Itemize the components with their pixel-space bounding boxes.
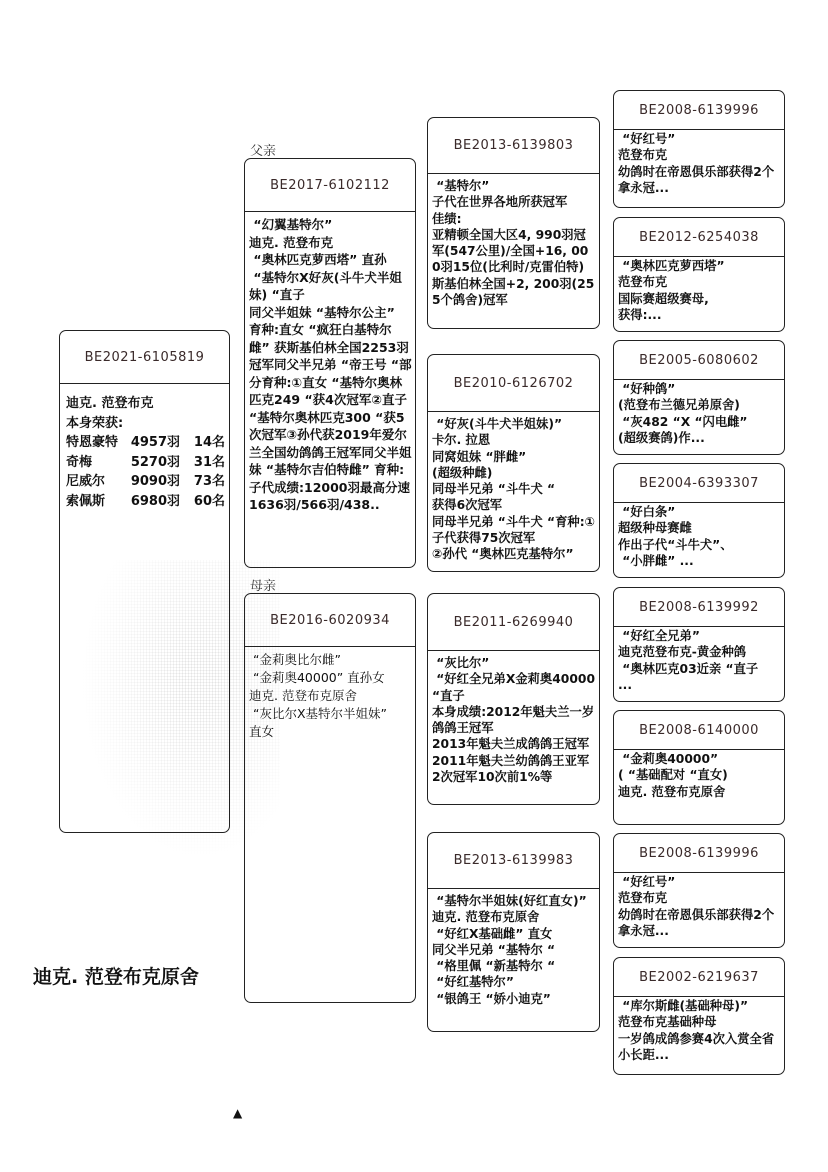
honor-race: 索佩斯 xyxy=(66,492,128,512)
great-grandparent-ring-number: BE2012-6254038 xyxy=(614,218,784,257)
grandparent-ring-number: BE2013-6139803 xyxy=(428,118,599,174)
father-label: 父亲 xyxy=(250,140,276,159)
great-grandparent-description: “奥林匹克萝西塔” 范登布克 国际赛超级赛母, 获得:... xyxy=(614,257,784,325)
great-grandparent-description: “好红全兄弟” 迪克范登布克-黄金种鸽 “奥林匹克03近亲 “直子 ... xyxy=(614,627,784,695)
grandparent-ring-number: BE2011-6269940 xyxy=(428,594,599,651)
great-grandparent-description: “金莉奥40000” ( “基础配对 “直女) 迪克. 范登布克原舍 xyxy=(614,750,784,802)
great-grandparent-ring-number: BE2002-6219637 xyxy=(614,958,784,997)
grandparent-description: “基特尔半姐妹(好红直女)” 迪克. 范登布克原舍 “好红X基础雌” 直女 同父… xyxy=(428,889,599,1009)
honor-row: 奇梅 5270羽 31名 xyxy=(66,453,225,473)
grandparent-card: BE2013-6139983 “基特尔半姐妹(好红直女)” 迪克. 范登布克原舍… xyxy=(427,832,600,1032)
mother-ring-number: BE2016-6020934 xyxy=(245,594,415,647)
great-grandparent-card: BE2008-6139992 “好红全兄弟” 迪克范登布克-黄金种鸽 “奥林匹克… xyxy=(613,587,785,702)
honor-row: 特恩豪特 4957羽 14名 xyxy=(66,433,225,453)
grandparent-description: “好灰(斗牛犬半姐妹)” 卡尔. 拉恩 同窝姐妹 “胖雌” (超级种雌) 同母半… xyxy=(428,412,599,565)
grandparent-card: BE2011-6269940 “灰比尔” “好红全兄弟X金莉奥40000 “直子… xyxy=(427,593,600,805)
father-card: BE2017-6102112 “幻翼基特尔” 迪克. 范登布克 “奥林匹克萝西塔… xyxy=(244,158,416,568)
honors-title: 本身荣获: xyxy=(66,414,225,434)
great-grandparent-description: “好种鸽” (范登布兰德兄弟原舍) “灰482 “X “闪电雌” (超级赛鸽)作… xyxy=(614,380,784,448)
great-grandparent-card: BE2008-6139996 “好红号” 范登布克 幼鸽时在帝恩俱乐部获得2个拿… xyxy=(613,833,785,948)
mother-description: “金莉奥比尔雌” “金莉奥40000” 直孙女 迪克. 范登布克原舍 “灰比尔X… xyxy=(245,647,415,743)
great-grandparent-card: BE2004-6393307 “好白条” 超级种母赛雌 作出子代“斗牛犬”、 “… xyxy=(613,463,785,578)
loft-name: 迪克. 范登布克原舍 xyxy=(33,962,199,989)
honor-distance: 6980羽 xyxy=(128,492,181,512)
great-grandparent-ring-number: BE2005-6080602 xyxy=(614,341,784,380)
honor-place: 31名 xyxy=(180,453,225,473)
subject-ring-number: BE2021-6105819 xyxy=(60,331,229,384)
great-grandparent-card: BE2002-6219637 “库尔斯雌(基础种母)” 范登布克基础种母 一岁鸽… xyxy=(613,957,785,1075)
grandparent-description: “基特尔” 子代在世界各地所获冠军 佳绩: 亚精顿全国大区4, 990羽冠军(5… xyxy=(428,174,599,310)
grandparent-card: BE2010-6126702 “好灰(斗牛犬半姐妹)” 卡尔. 拉恩 同窝姐妹 … xyxy=(427,354,600,572)
honor-distance: 9090羽 xyxy=(128,472,181,492)
great-grandparent-ring-number: BE2008-6139996 xyxy=(614,91,784,130)
great-grandparent-card: BE2012-6254038 “奥林匹克萝西塔” 范登布克 国际赛超级赛母, 获… xyxy=(613,217,785,332)
grandparent-ring-number: BE2013-6139983 xyxy=(428,833,599,889)
father-ring-number: BE2017-6102112 xyxy=(245,159,415,212)
honor-place: 60名 xyxy=(180,492,225,512)
honor-race: 奇梅 xyxy=(66,453,128,473)
great-grandparent-description: “库尔斯雌(基础种母)” 范登布克基础种母 一岁鸽成鸽参赛4次入赏全省小长距..… xyxy=(614,997,784,1065)
honor-race: 尼威尔 xyxy=(66,472,128,492)
honor-distance: 5270羽 xyxy=(128,453,181,473)
honor-distance: 4957羽 xyxy=(128,433,181,453)
triangle-mark-icon: ▲ xyxy=(233,1106,242,1120)
honor-row: 尼威尔 9090羽 73名 xyxy=(66,472,225,492)
great-grandparent-ring-number: BE2008-6139992 xyxy=(614,588,784,627)
grandparent-ring-number: BE2010-6126702 xyxy=(428,355,599,412)
subject-body: 迪克. 范登布克 本身荣获: 特恩豪特 4957羽 14名 奇梅 5270羽 3… xyxy=(60,384,229,515)
great-grandparent-card: BE2008-6140000 “金莉奥40000” ( “基础配对 “直女) 迪… xyxy=(613,710,785,825)
subject-card: BE2021-6105819 迪克. 范登布克 本身荣获: 特恩豪特 4957羽… xyxy=(59,330,230,833)
great-grandparent-card: BE2005-6080602 “好种鸽” (范登布兰德兄弟原舍) “灰482 “… xyxy=(613,340,785,455)
subject-owner: 迪克. 范登布克 xyxy=(66,394,225,414)
mother-card: BE2016-6020934 “金莉奥比尔雌” “金莉奥40000” 直孙女 迪… xyxy=(244,593,416,1003)
great-grandparent-ring-number: BE2004-6393307 xyxy=(614,464,784,503)
great-grandparent-card: BE2008-6139996 “好红号” 范登布克 幼鸽时在帝恩俱乐部获得2个拿… xyxy=(613,90,785,208)
great-grandparent-ring-number: BE2008-6140000 xyxy=(614,711,784,750)
mother-label: 母亲 xyxy=(250,575,276,594)
great-grandparent-description: “好红号” 范登布克 幼鸽时在帝恩俱乐部获得2个拿永冠... xyxy=(614,873,784,941)
honor-row: 索佩斯 6980羽 60名 xyxy=(66,492,225,512)
great-grandparent-ring-number: BE2008-6139996 xyxy=(614,834,784,873)
honor-race: 特恩豪特 xyxy=(66,433,128,453)
honor-place: 73名 xyxy=(180,472,225,492)
great-grandparent-description: “好红号” 范登布克 幼鸽时在帝恩俱乐部获得2个拿永冠... xyxy=(614,130,784,198)
grandparent-card: BE2013-6139803 “基特尔” 子代在世界各地所获冠军 佳绩: 亚精顿… xyxy=(427,117,600,329)
grandparent-description: “灰比尔” “好红全兄弟X金莉奥40000 “直子 本身成绩:2012年魁夫兰一… xyxy=(428,651,599,787)
great-grandparent-description: “好白条” 超级种母赛雌 作出子代“斗牛犬”、 “小胖雌” ... xyxy=(614,503,784,571)
honor-place: 14名 xyxy=(180,433,225,453)
father-description: “幻翼基特尔” 迪克. 范登布克 “奥林匹克萝西塔” 直孙 “基特尔X好灰(斗牛… xyxy=(245,212,415,516)
